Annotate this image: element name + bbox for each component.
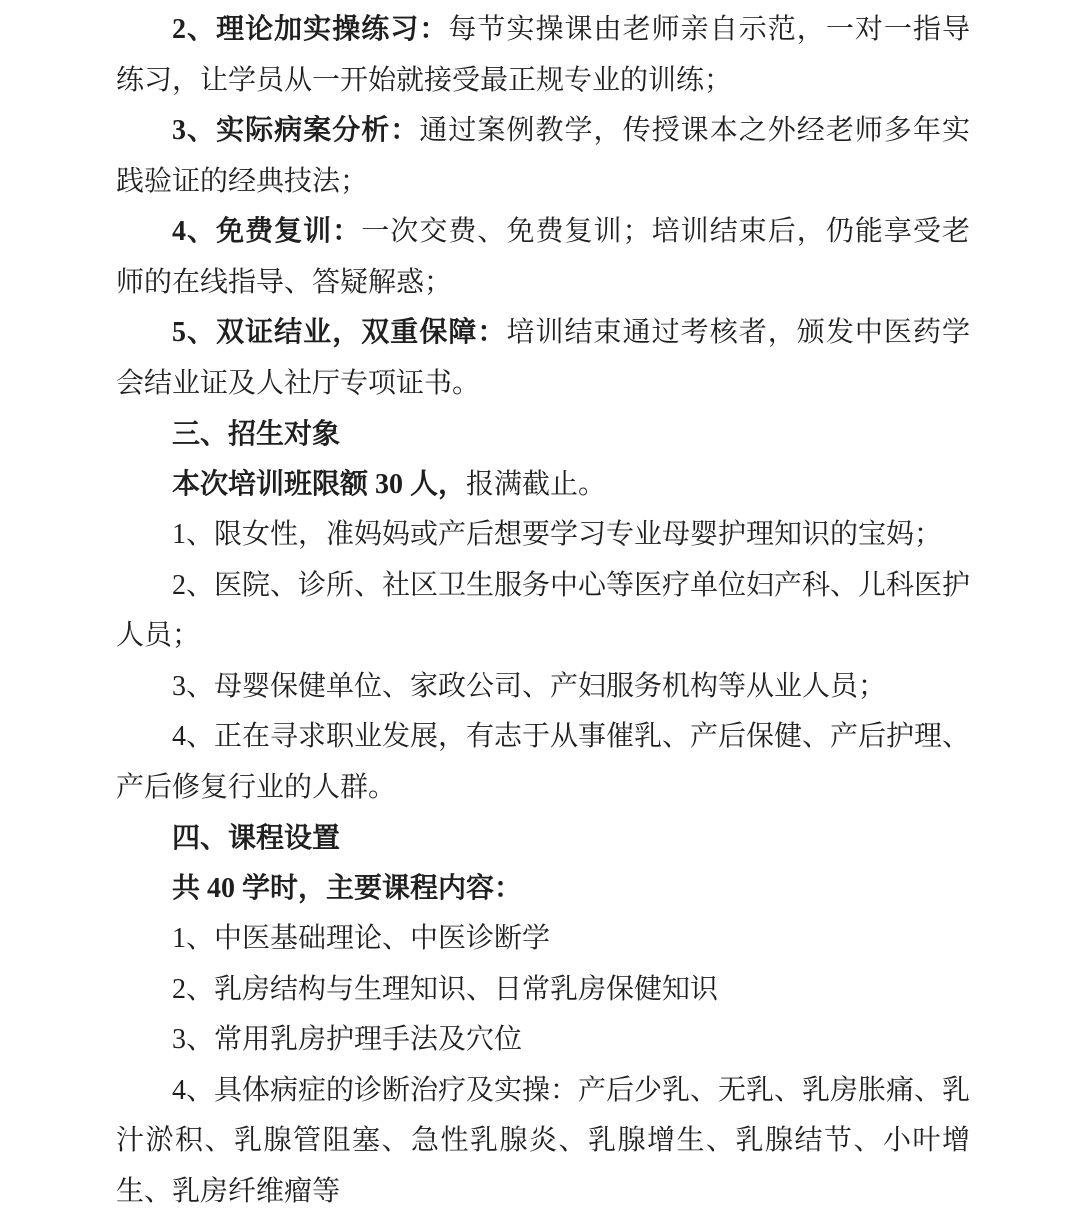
paragraph-audience-3: 3、母婴保健单位、家政公司、产妇服务机构等从业人员； — [116, 662, 970, 713]
text-run: 3、常用乳房护理手法及穴位 — [172, 1024, 522, 1055]
paragraph-feature-2: 2、理论加实操练习：每节实操课由老师亲自示范，一对一指导练习，让学员从一开始就接… — [116, 5, 970, 106]
document-body: 2、理论加实操练习：每节实操课由老师亲自示范，一对一指导练习，让学员从一开始就接… — [116, 5, 970, 1217]
paragraph-course-2: 2、乳房结构与生理知识、日常乳房保健知识 — [116, 965, 970, 1016]
paragraph-feature-3: 3、实际病案分析：通过案例教学，传授课本之外经老师多年实践验证的经典技法； — [116, 106, 970, 207]
paragraph-course-3: 3、常用乳房护理手法及穴位 — [116, 1015, 970, 1066]
text-run: 报满截止。 — [466, 469, 606, 500]
text-run: 2、乳房结构与生理知识、日常乳房保健知识 — [172, 974, 718, 1005]
text-run: 1、中医基础理论、中医诊断学 — [172, 923, 550, 954]
text-run-bold: 3、实际病案分析： — [172, 115, 419, 146]
text-run: 4、具体病症的诊断治疗及实操：产后少乳、无乳、乳房胀痛、乳汁淤积、乳腺管阻塞、急… — [116, 1075, 970, 1207]
paragraph-course-1: 1、中医基础理论、中医诊断学 — [116, 914, 970, 965]
paragraph-audience-4: 4、正在寻求职业发展，有志于从事催乳、产后保健、产后护理、产后修复行业的人群。 — [116, 712, 970, 813]
text-run: 3、母婴保健单位、家政公司、产妇服务机构等从业人员； — [172, 671, 886, 702]
text-run-bold: 5、双证结业，双重保障： — [172, 317, 506, 348]
document-page: 2、理论加实操练习：每节实操课由老师亲自示范，一对一指导练习，让学员从一开始就接… — [0, 0, 1080, 1218]
text-run-bold: 三、招生对象 — [172, 418, 340, 449]
text-run: 1、限女性，准妈妈或产后想要学习专业母婴护理知识的宝妈； — [172, 519, 942, 550]
text-run-bold: 4、免费复训： — [172, 216, 361, 247]
paragraph-course-4: 4、具体病症的诊断治疗及实操：产后少乳、无乳、乳房胀痛、乳汁淤积、乳腺管阻塞、急… — [116, 1066, 970, 1218]
text-run: 4、正在寻求职业发展，有志于从事催乳、产后保健、产后护理、产后修复行业的人群。 — [116, 721, 970, 803]
paragraph-section-3-heading: 三、招生对象 — [116, 409, 970, 460]
paragraph-feature-5: 5、双证结业，双重保障：培训结束通过考核者，颁发中医药学会结业证及人社厅专项证书… — [116, 308, 970, 409]
paragraph-enrollment-quota: 本次培训班限额 30 人，报满截止。 — [116, 460, 970, 511]
text-run: 2、医院、诊所、社区卫生服务中心等医疗单位妇产科、儿科医护人员； — [116, 570, 970, 652]
paragraph-feature-4: 4、免费复训：一次交费、免费复训；培训结束后，仍能享受老师的在线指导、答疑解惑； — [116, 207, 970, 308]
text-run-bold: 共 40 学时，主要课程内容： — [172, 873, 522, 904]
text-run-bold: 2、理论加实操练习： — [172, 14, 448, 45]
paragraph-audience-1: 1、限女性，准妈妈或产后想要学习专业母婴护理知识的宝妈； — [116, 510, 970, 561]
paragraph-section-4-heading: 四、课程设置 — [116, 813, 970, 864]
paragraph-course-hours: 共 40 学时，主要课程内容： — [116, 864, 970, 915]
paragraph-audience-2: 2、医院、诊所、社区卫生服务中心等医疗单位妇产科、儿科医护人员； — [116, 561, 970, 662]
text-run-bold: 本次培训班限额 30 人， — [172, 469, 466, 500]
text-run-bold: 四、课程设置 — [172, 822, 340, 853]
